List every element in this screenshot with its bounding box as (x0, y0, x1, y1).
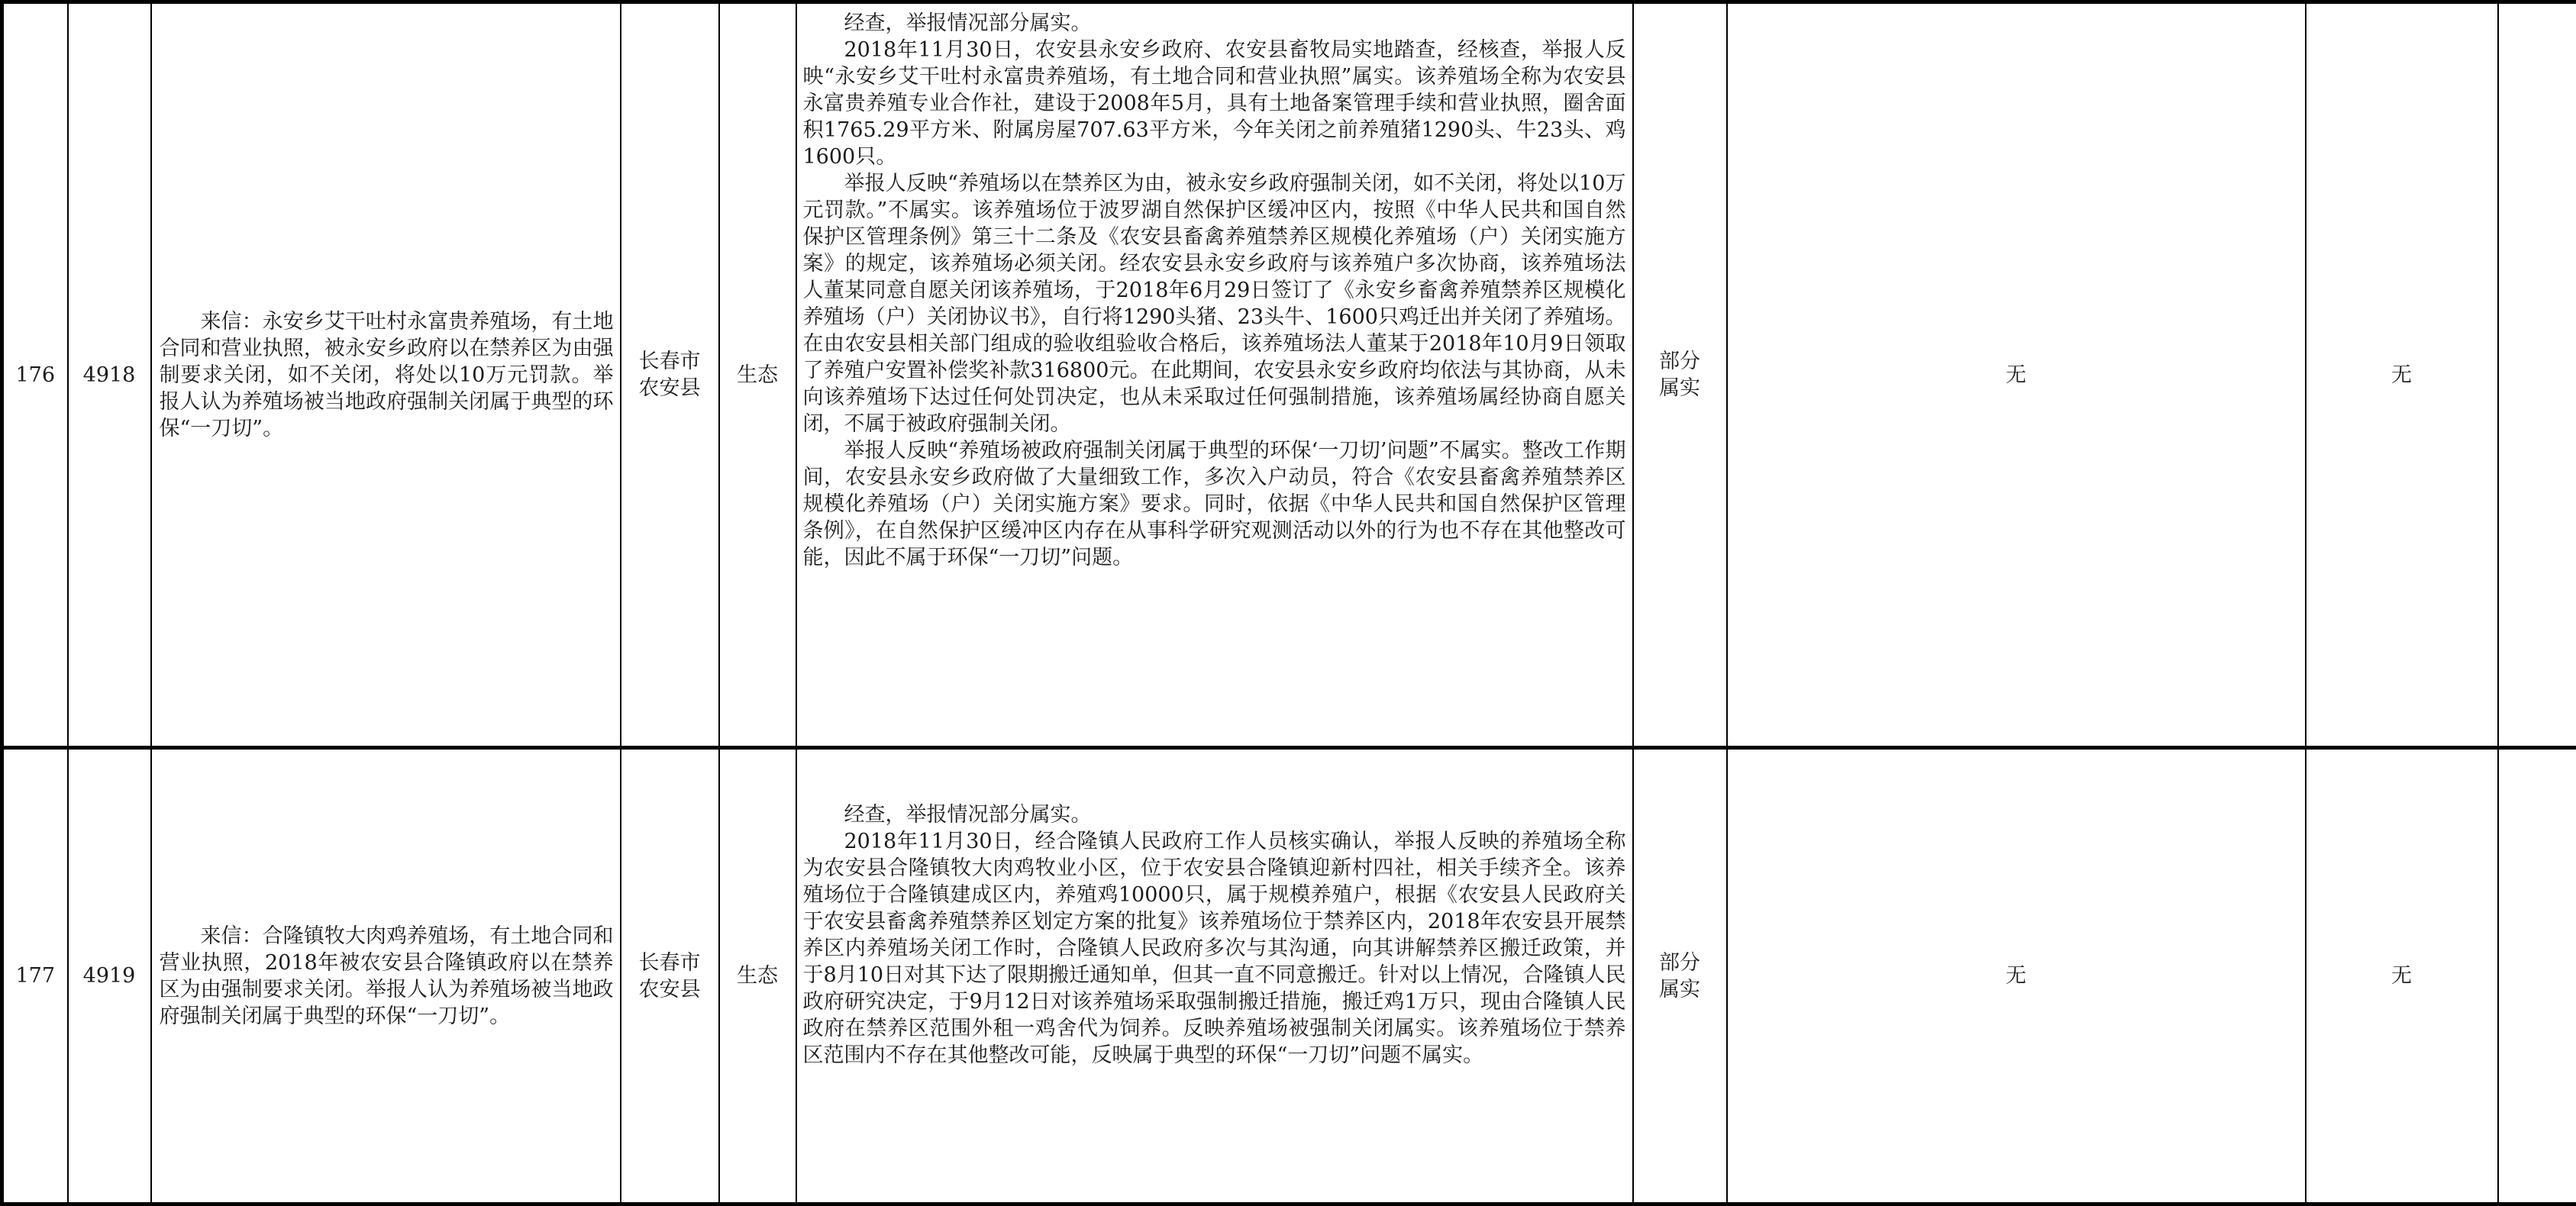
region-city: 长春市 (621, 348, 718, 375)
remark-cell (2498, 748, 2576, 1204)
region-county: 农安县 (621, 375, 718, 401)
investigation-findings: 经查，举报情况部分属实。 2018年11月30日，农安县永安乡政府、农安县畜牧局… (796, 2, 1633, 748)
case-number: 4919 (68, 748, 151, 1204)
finding-paragraph: 经查，举报情况部分属实。 (803, 801, 1626, 828)
finding-paragraph: 举报人反映“养殖场被政府强制关闭属于典型的环保‘一刀切’问题”不属实。整改工作期… (803, 437, 1626, 571)
remark-cell (2498, 2, 2576, 748)
accountability-cell: 无 (2306, 748, 2498, 1204)
row-index: 176 (2, 2, 68, 748)
report-content: 来信：永安乡艾干吐村永富贵养殖场，有土地合同和营业执照，被永安乡政府以在禁养区为… (151, 2, 621, 748)
finding-paragraph: 举报人反映“养殖场以在禁养区为由，被永安乡政府强制关闭，如不关闭，将处以10万元… (803, 170, 1626, 437)
row-index: 177 (2, 748, 68, 1204)
category-cell: 生态 (719, 2, 796, 748)
finding-paragraph: 2018年11月30日，农安县永安乡政府、农安县畜牧局实地踏查，经核查，举报人反… (803, 37, 1626, 170)
table-row: 177 4919 来信：合隆镇牧大肉鸡养殖场，有土地合同和营业执照，2018年被… (2, 748, 2576, 1204)
region-city: 长春市 (621, 950, 718, 976)
report-text: 来信：合隆镇牧大肉鸡养殖场，有土地合同和营业执照，2018年被农安县合隆镇政府以… (160, 923, 614, 1030)
report-text: 来信：永安乡艾干吐村永富贵养殖场，有土地合同和营业执照，被永安乡政府以在禁养区为… (160, 308, 614, 442)
verdict-cell: 部分 属实 (1633, 2, 1727, 748)
verdict-line1: 部分 (1634, 950, 1726, 976)
verdict-line2: 属实 (1634, 375, 1726, 401)
table-row: 176 4918 来信：永安乡艾干吐村永富贵养殖场，有土地合同和营业执照，被永安… (2, 2, 2576, 748)
region-cell: 长春市 农安县 (621, 748, 719, 1204)
region-county: 农安县 (621, 976, 718, 1003)
verdict-line1: 部分 (1634, 348, 1726, 375)
finding-paragraph: 经查，举报情况部分属实。 (803, 10, 1626, 37)
accountability-cell: 无 (2306, 2, 2498, 748)
finding-paragraph: 2018年11月30日，经合隆镇人民政府工作人员核实确认，举报人反映的养殖场全称… (803, 828, 1626, 1069)
complaint-table: 176 4918 来信：永安乡艾干吐村永富贵养殖场，有土地合同和营业执照，被永安… (0, 0, 2576, 1206)
verdict-cell: 部分 属实 (1633, 748, 1727, 1204)
handling-cell: 无 (1727, 748, 2306, 1204)
handling-cell: 无 (1727, 2, 2306, 748)
region-cell: 长春市 农安县 (621, 2, 719, 748)
investigation-findings: 经查，举报情况部分属实。 2018年11月30日，经合隆镇人民政府工作人员核实确… (796, 748, 1633, 1204)
verdict-line2: 属实 (1634, 976, 1726, 1003)
category-cell: 生态 (719, 748, 796, 1204)
case-number: 4918 (68, 2, 151, 748)
report-content: 来信：合隆镇牧大肉鸡养殖场，有土地合同和营业执照，2018年被农安县合隆镇政府以… (151, 748, 621, 1204)
